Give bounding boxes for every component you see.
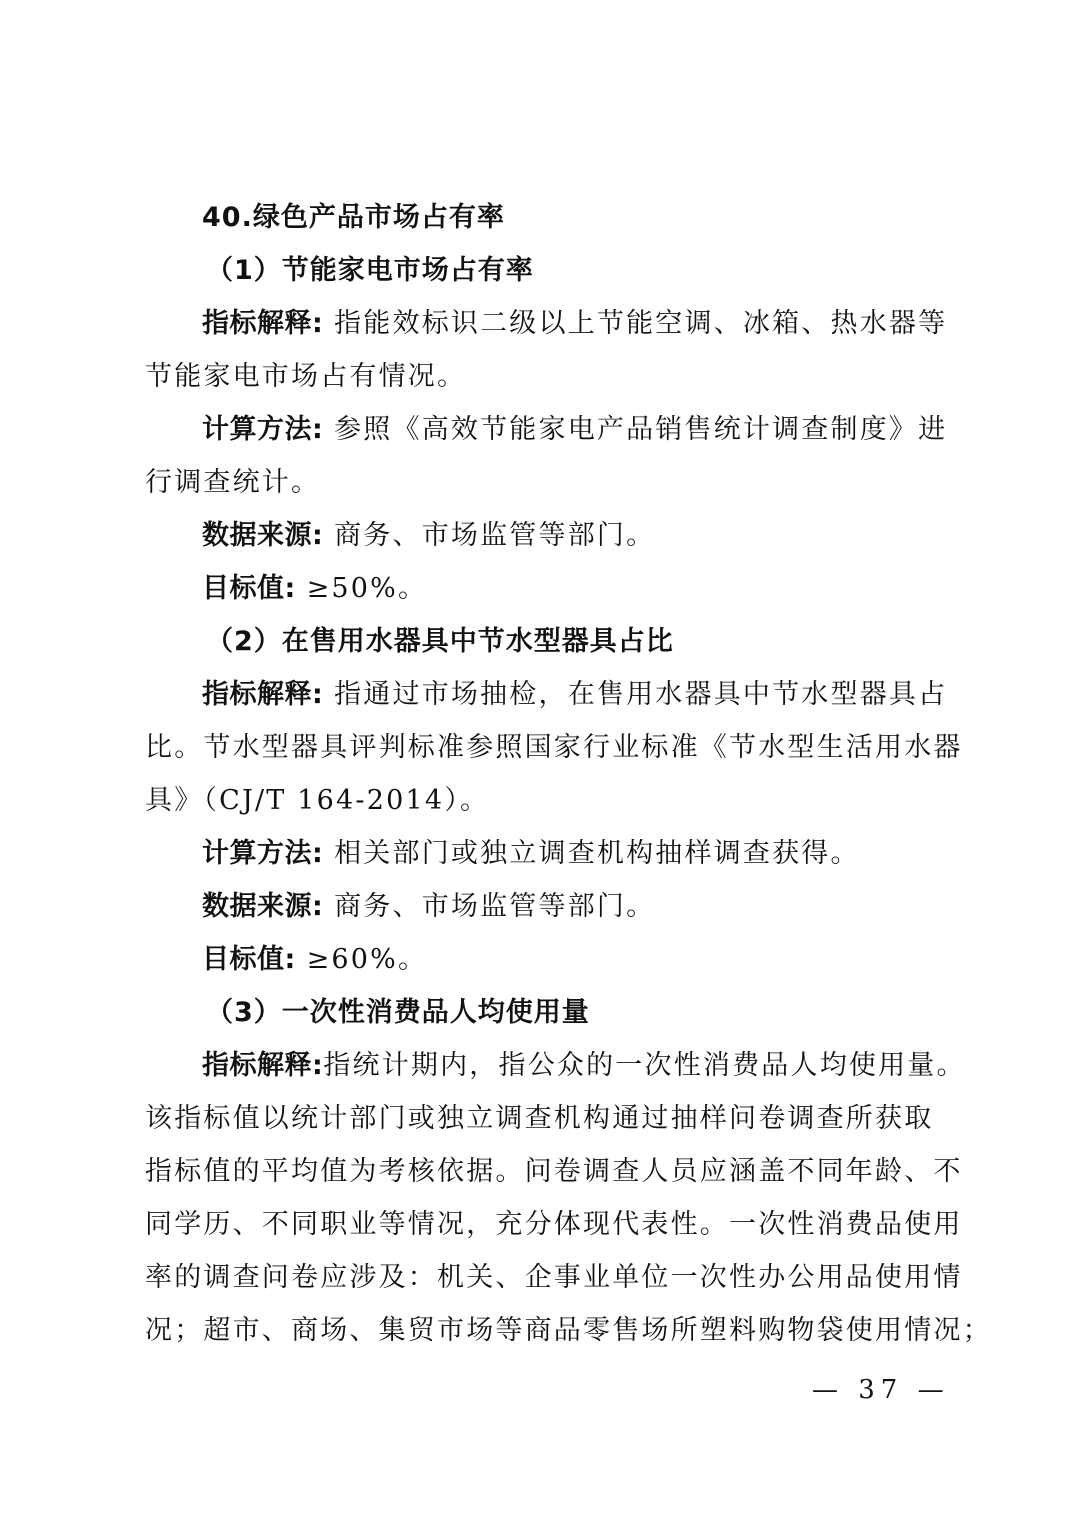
item-2-definition-cont: 比。节水型器具评判标准参照国家行业标准《节水型生活用水器 <box>145 730 963 766</box>
item-2-definition-cont2: 具》（CJ/T 164-2014）。 <box>145 783 489 819</box>
item-3-definition-cont3: 同学历、不同职业等情况，充分体现代表性。一次性消费品使用 <box>145 1207 963 1243</box>
item-2-heading: （2）在售用水器具中节水型器具占比 <box>206 624 674 660</box>
item-1-target: 目标值: ≥50%。 <box>202 571 427 607</box>
source-label: 数据来源: <box>202 520 323 551</box>
item-3-definition-cont4: 率的调查问卷应涉及：机关、企事业单位一次性办公用品使用情 <box>145 1260 963 1296</box>
definition-label: 指标解释: <box>202 308 323 339</box>
target-label: 目标值: <box>202 944 296 975</box>
definition-label: 指标解释: <box>202 679 323 710</box>
section-title: 40.绿色产品市场占有率 <box>202 200 505 236</box>
item-1-method-cont: 行调查统计。 <box>145 465 320 501</box>
item-3-definition: 指标解释:指统计期内，指公众的一次性消费品人均使用量。 <box>202 1048 966 1084</box>
target-label: 目标值: <box>202 573 296 604</box>
item-2-target: 目标值: ≥60%。 <box>202 942 427 978</box>
item-1-definition: 指标解释: 指能效标识二级以上节能空调、冰箱、热水器等 <box>202 306 947 342</box>
target-text: ≥50%。 <box>296 573 427 604</box>
method-label: 计算方法: <box>202 414 323 445</box>
item-2-method: 计算方法: 相关部门或独立调查机构抽样调查获得。 <box>202 836 860 872</box>
item-2-definition: 指标解释: 指通过市场抽检，在售用水器具中节水型器具占 <box>202 677 947 713</box>
item-1-heading: （1）节能家电市场占有率 <box>206 253 534 289</box>
item-3-definition-cont2: 指标值的平均值为考核依据。问卷调查人员应涵盖不同年龄、不 <box>145 1154 963 1190</box>
definition-text: 指统计期内，指公众的一次性消费品人均使用量。 <box>323 1050 965 1081</box>
source-text: 商务、市场监管等部门。 <box>323 520 655 551</box>
item-1-method: 计算方法: 参照《高效节能家电产品销售统计调查制度》进 <box>202 412 947 448</box>
target-text: ≥60%。 <box>296 944 427 975</box>
method-text: 相关部门或独立调查机构抽样调查获得。 <box>323 838 859 869</box>
source-label: 数据来源: <box>202 891 323 922</box>
item-3-definition-cont: 该指标值以统计部门或独立调查机构通过抽样问卷调查所获取 <box>145 1101 933 1137</box>
item-1-definition-cont: 节能家电市场占有情况。 <box>145 359 466 395</box>
source-text: 商务、市场监管等部门。 <box>323 891 655 922</box>
item-2-source: 数据来源: 商务、市场监管等部门。 <box>202 889 655 925</box>
page-number: — 37 — <box>812 1375 950 1405</box>
item-1-source: 数据来源: 商务、市场监管等部门。 <box>202 518 655 554</box>
item-3-heading: （3）一次性消费品人均使用量 <box>206 995 590 1031</box>
item-3-definition-cont5: 况；超市、商场、集贸市场等商品零售场所塑料购物袋使用情况； <box>145 1313 992 1349</box>
definition-text: 指通过市场抽检，在售用水器具中节水型器具占 <box>323 679 947 710</box>
method-text: 参照《高效节能家电产品销售统计调查制度》进 <box>323 414 947 445</box>
method-label: 计算方法: <box>202 838 323 869</box>
definition-label: 指标解释: <box>202 1050 323 1081</box>
definition-text: 指能效标识二级以上节能空调、冰箱、热水器等 <box>323 308 947 339</box>
